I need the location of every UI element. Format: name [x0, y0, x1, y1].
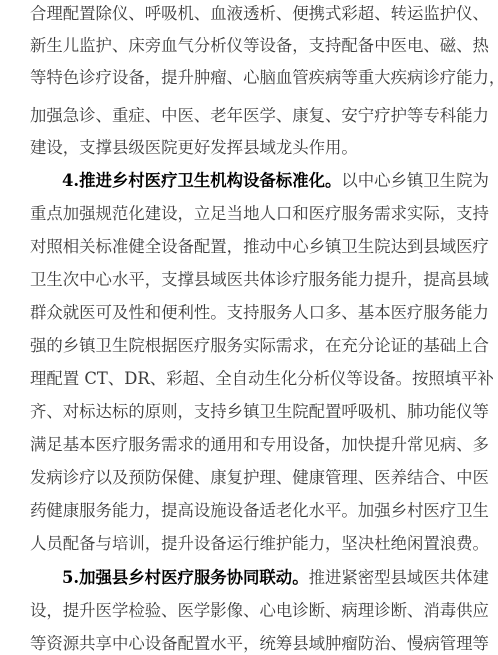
text-line: 群众就医可及性和便利性。支持服务人口多、基本医疗服务能力	[30, 297, 464, 329]
section-heading: 4.推进乡村医疗卫生机构设备标准化。	[62, 171, 341, 190]
text-line: 等特色诊疗设备，提升肿瘤、心脑血管疾病等重大疾病诊疗能力，	[30, 62, 464, 94]
line-text: 发病诊疗以及预防保健、康复护理、健康管理、医养结合、中医	[30, 468, 489, 487]
line-text: 满足基本医疗服务需求的通用和专用设备，加快提升常见病、多	[30, 435, 489, 454]
text-line: 人员配备与培训，提升设备运行维护能力，坚决杜绝闲置浪费。	[30, 528, 464, 560]
text-line: 齐、对标达标的原则，支持乡镇卫生院配置呼吸机、肺功能仪等	[30, 396, 464, 428]
text-line: 加强急诊、重症、中医、老年医学、康复、安宁疗护等专科能力	[30, 100, 464, 132]
line-text: 加强急诊、重症、中医、老年医学、康复、安宁疗护等专科能力	[30, 106, 489, 125]
line-text: 合理配置除仪、呼吸机、血液透析、便携式彩超、转运监护仪、	[30, 4, 489, 23]
text-line: 建设，支撑县级医院更好发挥县域龙头作用。	[30, 132, 464, 164]
line-text: 建设，支撑县级医院更好发挥县域龙头作用。	[30, 138, 358, 157]
section-heading: 5.加强县乡村医疗服务协同联动。	[62, 568, 309, 587]
text-line: 新生儿监护、床旁血气分析仪等设备，支持配备中医电、磁、热	[30, 30, 464, 62]
text-line: 对照相关标准健全设备配置，推动中心乡镇卫生院达到县域医疗	[30, 231, 464, 263]
text-line: 设，提升医学检验、医学影像、心电诊断、病理诊断、消毒供应	[30, 595, 464, 627]
line-text: 人员配备与培训，提升设备运行维护能力，坚决杜绝闲置浪费。	[30, 534, 489, 553]
line-text: 卫生次中心水平，支撑县域医共体诊疗服务能力提升，提高县域	[30, 270, 489, 289]
text-line: 等资源共享中心设备配置水平，统筹县域肿瘤防治、慢病管理等	[30, 628, 464, 655]
text-line: 重点加强规范化建设，立足当地人口和医疗服务需求实际，支持	[30, 198, 464, 230]
line-text: 新生儿监护、床旁血气分析仪等设备，支持配备中医电、磁、热	[30, 36, 489, 55]
text-line: 发病诊疗以及预防保健、康复护理、健康管理、医养结合、中医	[30, 462, 464, 494]
text-line: 理配置 CT、DR、彩超、全自动生化分析仪等设备。按照填平补	[30, 363, 464, 395]
text-line: 强的乡镇卫生院根据医疗服务实际需求，在充分论证的基础上合	[30, 330, 464, 362]
line-text: 理配置 CT、DR、彩超、全自动生化分析仪等设备。按照填平补	[30, 369, 494, 388]
text-line: 药健康服务能力，提高设施设备适老化水平。加强乡村医疗卫生	[30, 495, 464, 527]
line-text: 等特色诊疗设备，提升肿瘤、心脑血管疾病等重大疾病诊疗能力，	[30, 68, 498, 87]
line-text: 齐、对标达标的原则，支持乡镇卫生院配置呼吸机、肺功能仪等	[30, 402, 489, 421]
text-line: 满足基本医疗服务需求的通用和专用设备，加快提升常见病、多	[30, 429, 464, 461]
line-text: 设，提升医学检验、医学影像、心电诊断、病理诊断、消毒供应	[30, 601, 489, 620]
section-5-heading-line: 5.加强县乡村医疗服务协同联动。推进紧密型县域医共体建	[62, 562, 464, 594]
text-line: 合理配置除仪、呼吸机、血液透析、便携式彩超、转运监护仪、	[30, 0, 464, 30]
line-text: 以中心乡镇卫生院为	[341, 171, 489, 190]
line-text: 对照相关标准健全设备配置，推动中心乡镇卫生院达到县域医疗	[30, 237, 489, 256]
text-line: 卫生次中心水平，支撑县域医共体诊疗服务能力提升，提高县域	[30, 264, 464, 296]
line-text: 重点加强规范化建设，立足当地人口和医疗服务需求实际，支持	[30, 204, 489, 223]
line-text: 强的乡镇卫生院根据医疗服务实际需求，在充分论证的基础上合	[30, 336, 489, 355]
line-text: 药健康服务能力，提高设施设备适老化水平。加强乡村医疗卫生	[30, 501, 489, 520]
line-text: 推进紧密型县域医共体建	[309, 568, 489, 587]
line-text: 等资源共享中心设备配置水平，统筹县域肿瘤防治、慢病管理等	[30, 634, 489, 653]
line-text: 群众就医可及性和便利性。支持服务人口多、基本医疗服务能力	[30, 303, 489, 322]
section-4-heading-line: 4.推进乡村医疗卫生机构设备标准化。以中心乡镇卫生院为	[62, 165, 464, 197]
